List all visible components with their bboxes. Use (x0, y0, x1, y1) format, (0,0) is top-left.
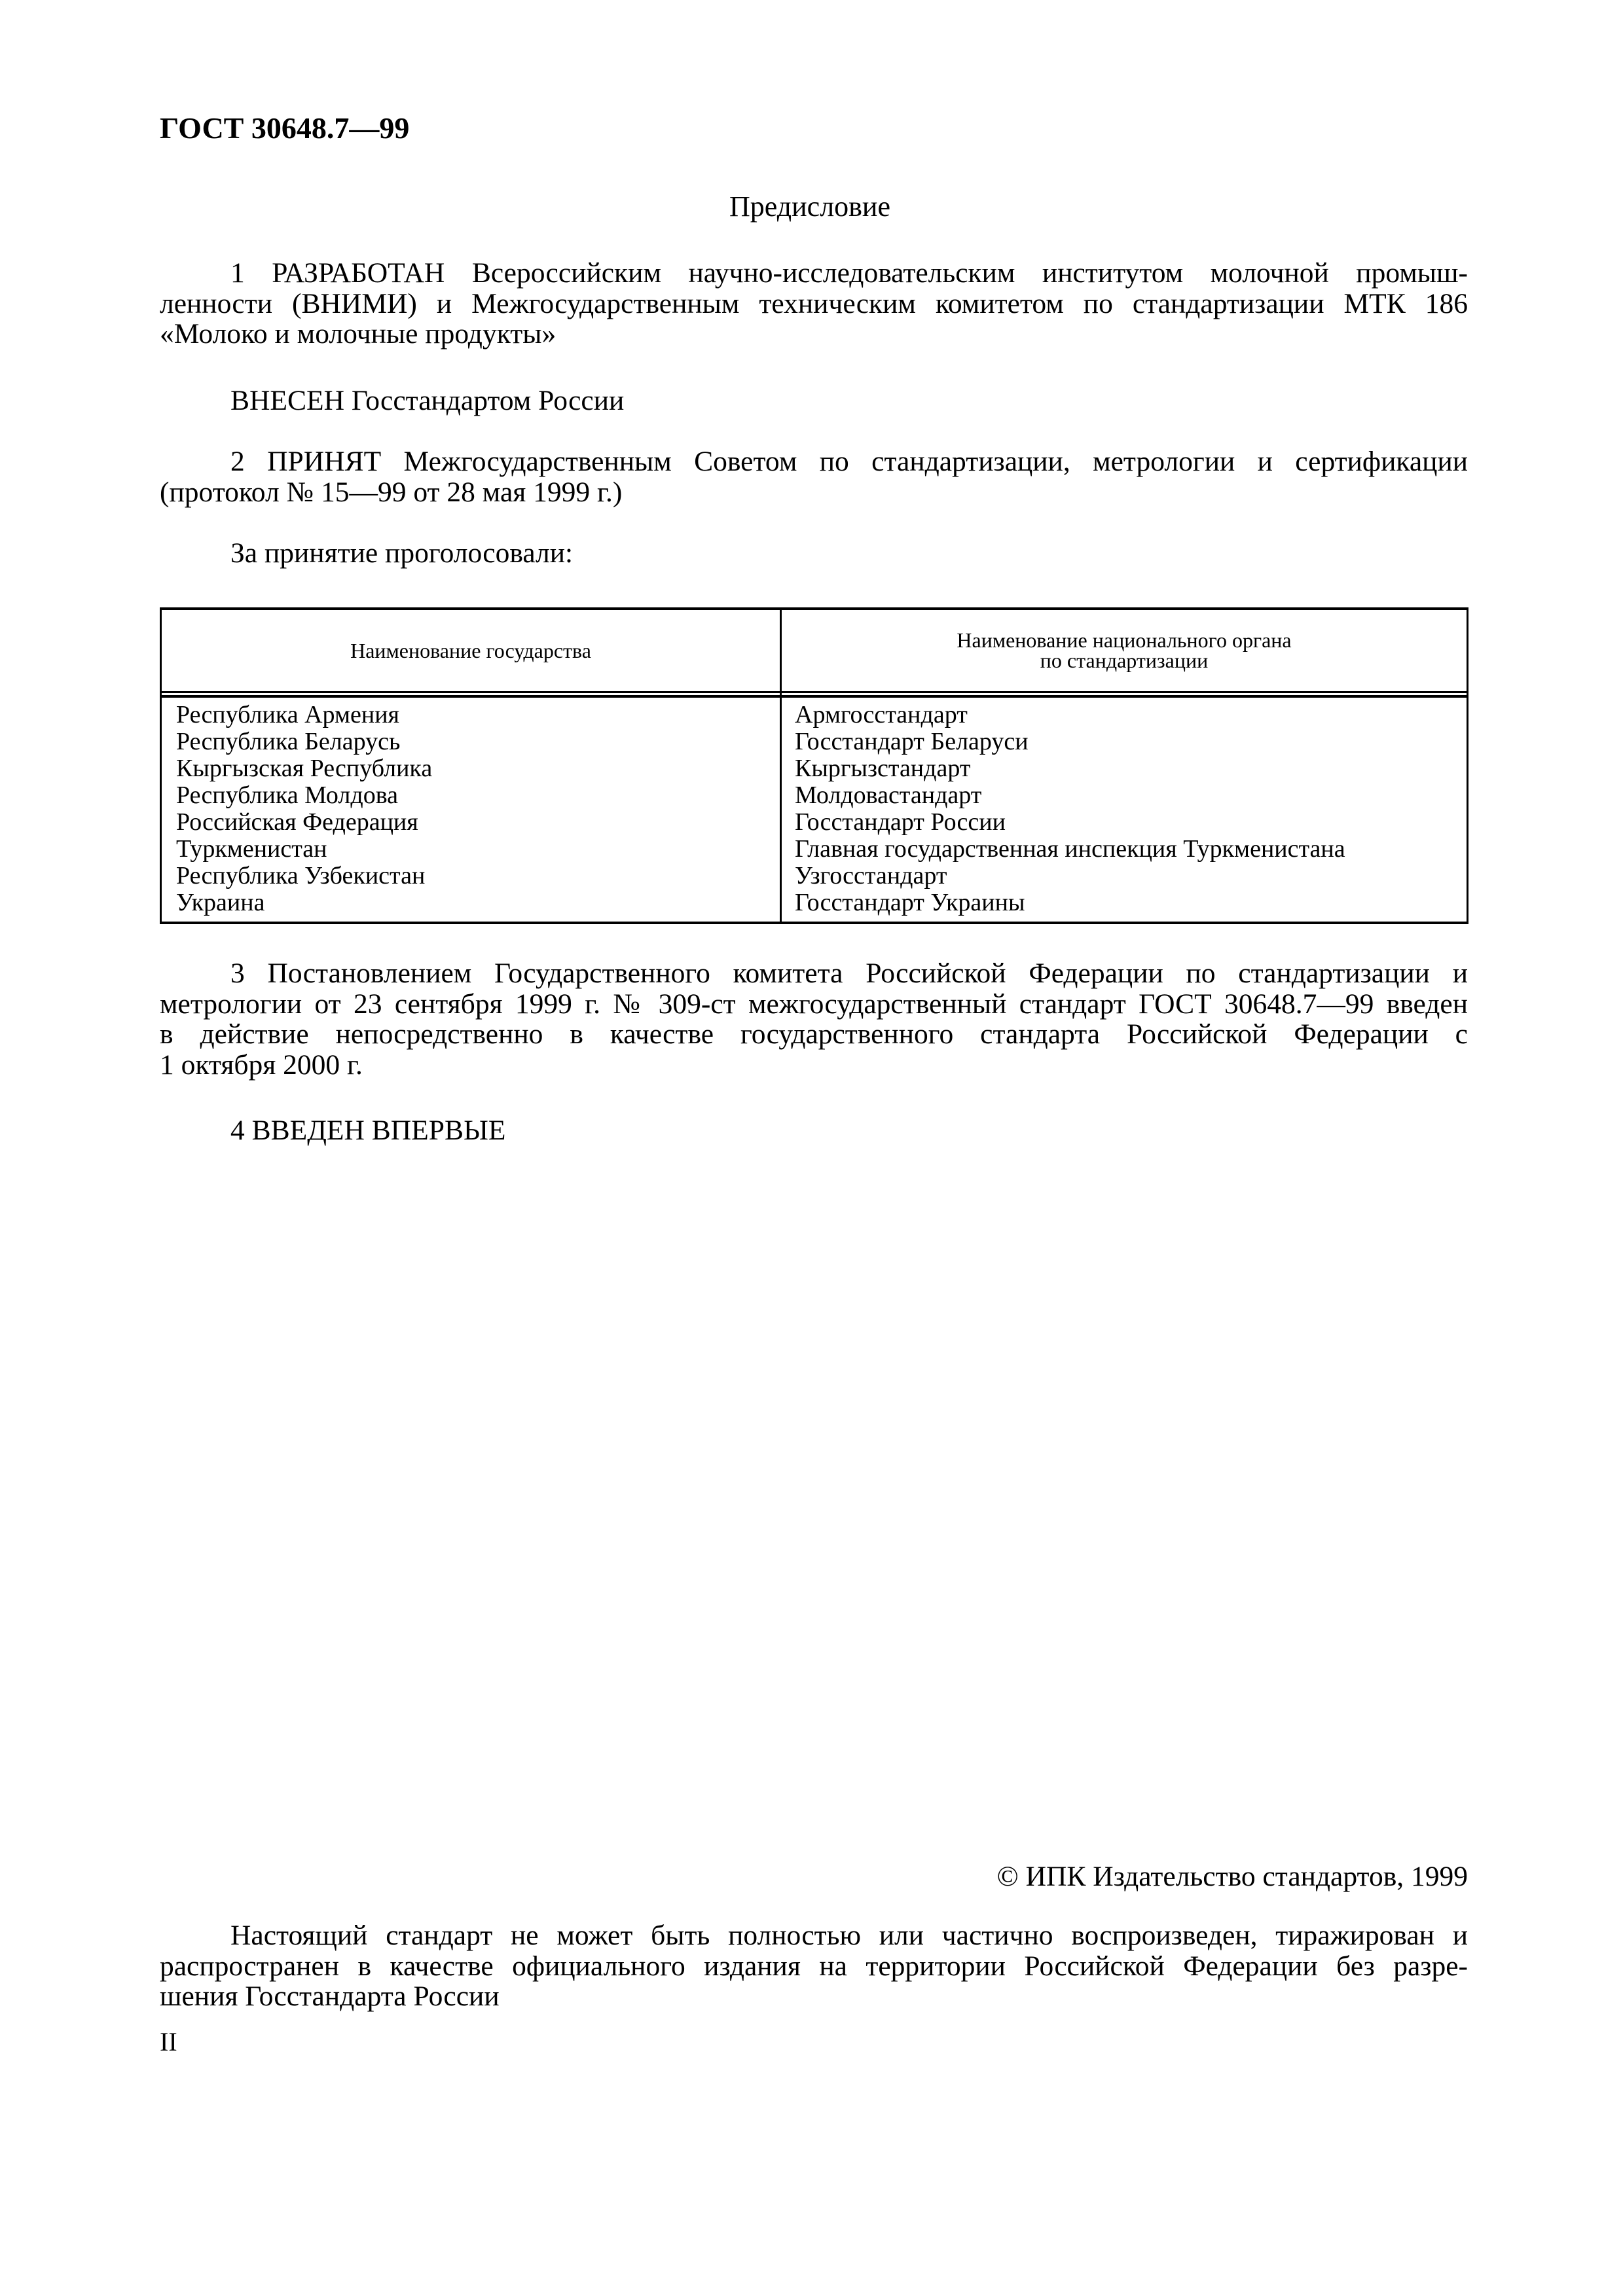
table-cell-state: Республика Молдова (176, 782, 432, 809)
table-header-national-body: Наименование национального органа по ста… (782, 610, 1467, 691)
table-cell-state: Кыргызская Республика (176, 755, 432, 782)
table-cell-body: Госстандарт России (795, 809, 1345, 836)
table-cell-body: Госстандарт Беларуси (795, 728, 1345, 755)
paragraph-3-enactment: 3 Постановлением Государственного комите… (160, 958, 1468, 1080)
paragraph-line: «Молоко и молочные продукты» (160, 319, 1468, 350)
reproduction-notice: Настоящий стандарт не может быть полност… (160, 1920, 1468, 2012)
paragraph-4-first-introduced: 4 ВВЕДЕН ВПЕРВЫЕ (160, 1115, 1468, 1146)
paragraph-line: распространен в качестве официального из… (160, 1951, 1468, 1982)
paragraph-line: шения Госстандарта России (160, 1981, 1468, 2012)
table-cell-body: Армгосстандарт (795, 702, 1345, 728)
paragraph-voted-for: За принятие проголосовали: (160, 538, 1468, 569)
table-header-state: Наименование государства (162, 610, 780, 691)
paragraph-line: метрологии от 23 сентября 1999 г. № 309-… (160, 989, 1468, 1020)
voting-states-table: Наименование государства Наименование на… (160, 607, 1468, 924)
paragraph-line: 1 октября 2000 г. (160, 1050, 1468, 1081)
table-column-national-bodies: Армгосстандарт Госстандарт Беларуси Кырг… (795, 702, 1345, 916)
paragraph-line: 4 ВВЕДЕН ВПЕРВЫЕ (160, 1115, 1468, 1146)
table-cell-body: Кыргызстандарт (795, 755, 1345, 782)
table-cell-body: Госстандарт Украины (795, 889, 1345, 916)
table-cell-state: Республика Узбекистан (176, 863, 432, 889)
table-header-rule (162, 691, 1467, 693)
table-header-label: Наименование государства (350, 641, 591, 661)
paragraph-line: Настоящий стандарт не может быть полност… (160, 1920, 1468, 1951)
document-id-header: ГОСТ 30648.7—99 (160, 111, 409, 145)
paragraph-introduced-by: ВНЕСЕН Госстандартом России (160, 386, 1468, 416)
paragraph-line: 3 Постановлением Государственного комите… (160, 958, 1468, 989)
paragraph-line: 1 РАЗРАБОТАН Всероссийским научно-исслед… (160, 258, 1468, 289)
table-cell-state: Республика Беларусь (176, 728, 432, 755)
table-header-label: по стандартизации (1040, 651, 1208, 671)
paragraph-line: ленности (ВНИМИ) и Межгосударственным те… (160, 289, 1468, 319)
paragraph-line: За принятие проголосовали: (160, 538, 1468, 569)
table-cell-body: Узгосстандарт (795, 863, 1345, 889)
paragraph-line: (протокол № 15—99 от 28 мая 1999 г.) (160, 477, 1468, 508)
table-cell-state: Украина (176, 889, 432, 916)
table-cell-body: Главная государственная инспекция Туркме… (795, 836, 1345, 863)
table-header-rule (162, 695, 1467, 698)
paragraph-1-developed-by: 1 РАЗРАБОТАН Всероссийским научно-исслед… (160, 258, 1468, 350)
table-header-label: Наименование национального органа (957, 630, 1291, 651)
table-cell-state: Туркменистан (176, 836, 432, 863)
table-cell-state: Российская Федерация (176, 809, 432, 836)
paragraph-2-adopted-by: 2 ПРИНЯТ Межгосударственным Советом по с… (160, 446, 1468, 507)
table-cell-body: Молдовастандарт (795, 782, 1345, 809)
paragraph-line: ВНЕСЕН Госстандартом России (160, 386, 1468, 416)
section-title-foreword: Предисловие (729, 190, 890, 224)
page-number: II (160, 2028, 177, 2056)
table-cell-state: Республика Армения (176, 702, 432, 728)
table-column-states: Республика Армения Республика Беларусь К… (176, 702, 432, 916)
paragraph-line: 2 ПРИНЯТ Межгосударственным Советом по с… (160, 446, 1468, 477)
paragraph-line: в действие непосредственно в качестве го… (160, 1019, 1468, 1050)
copyright-notice: © ИПК Издательство стандартов, 1999 (997, 1860, 1468, 1893)
